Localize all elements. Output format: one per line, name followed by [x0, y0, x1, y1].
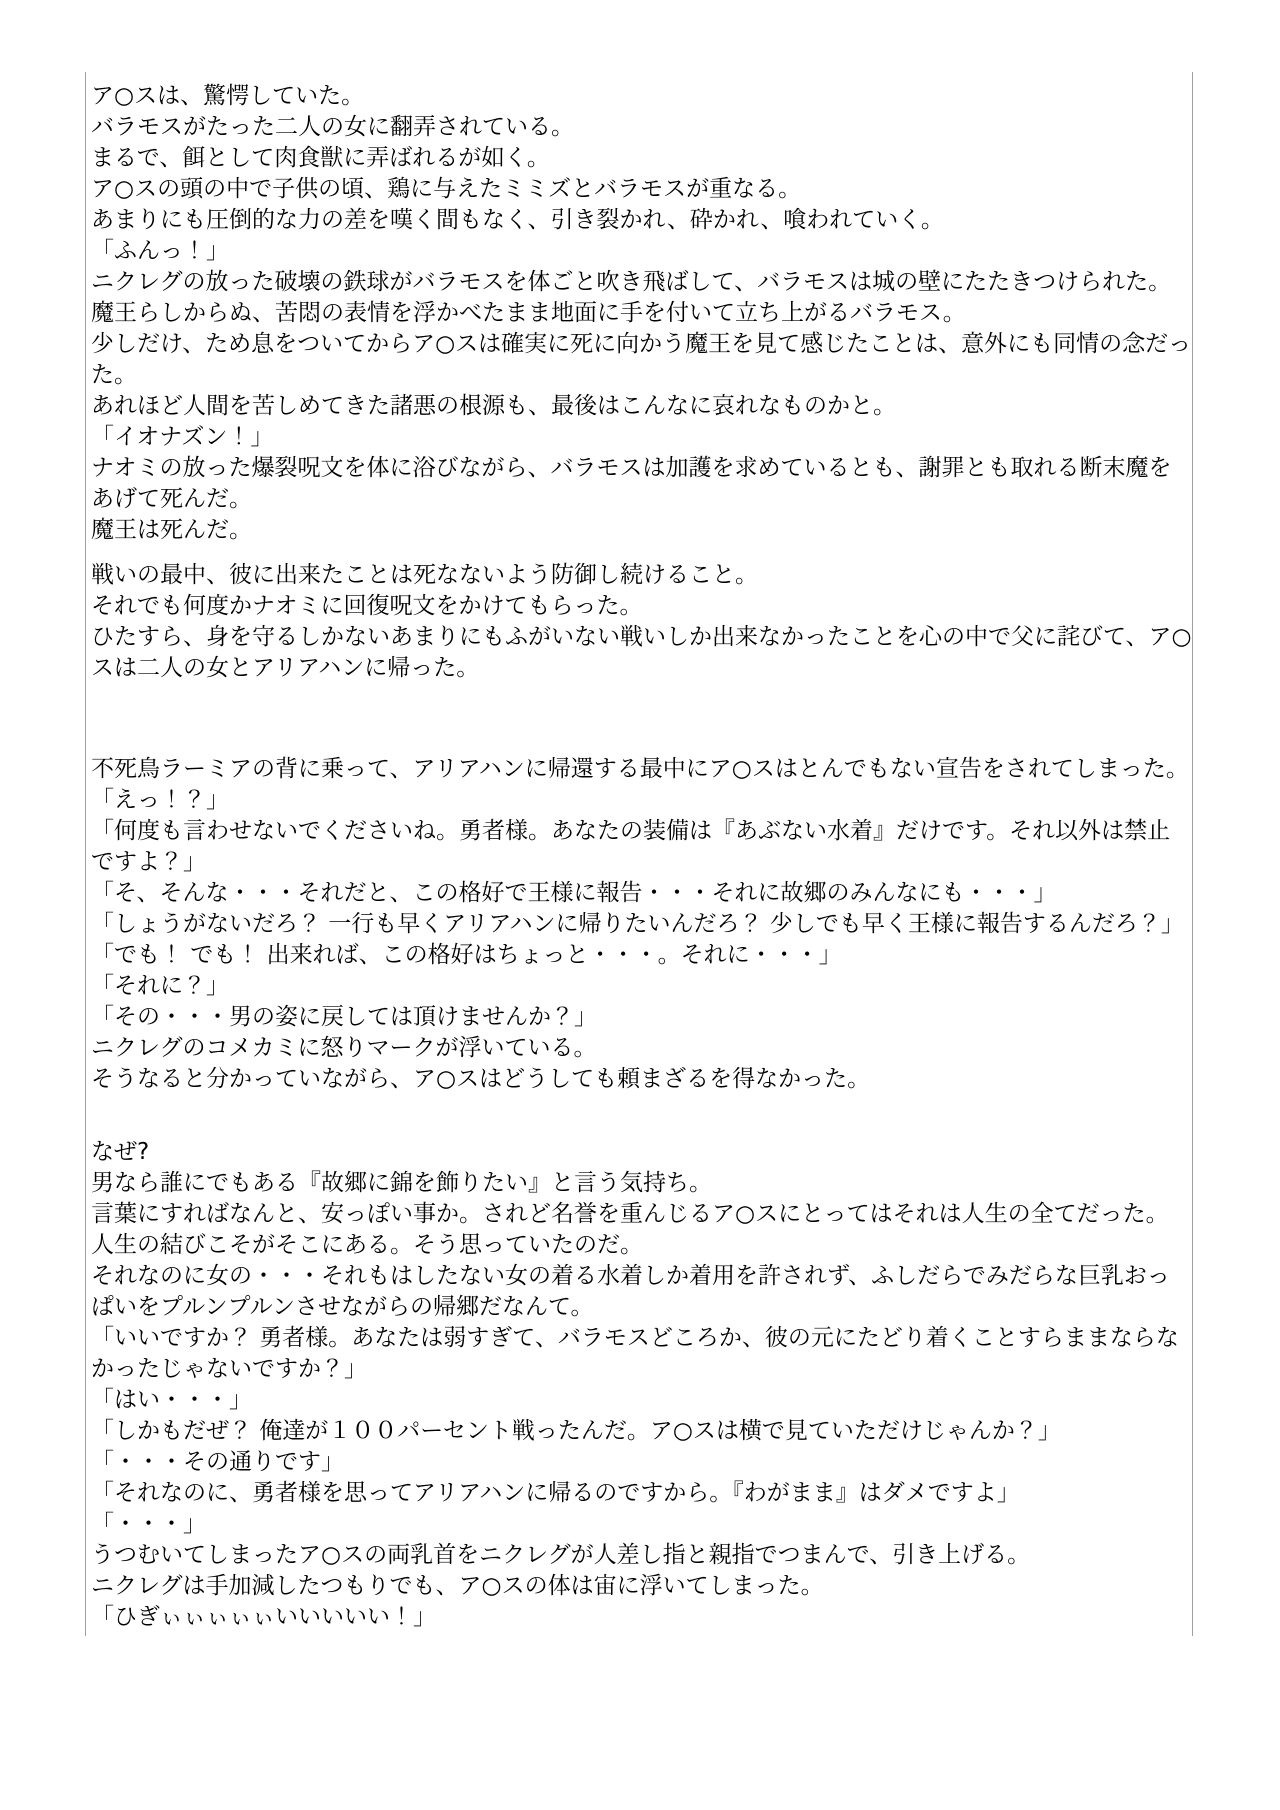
paragraph: 「・・・その通りです」	[91, 1447, 1192, 1478]
paragraph: 不死鳥ラーミアの背に乗って、アリアハンに帰還する最中にア○スはとんでもない宣告を…	[91, 754, 1192, 785]
paragraph: ナオミの放った爆裂呪文を体に浴びながら、バラモスは加護を求めているとも、謝罪とも…	[91, 453, 1192, 515]
paragraph: 「・・・」	[91, 1509, 1192, 1540]
paragraph: 少しだけ、ため息をついてからア○スは確実に死に向かう魔王を見て感じたことは、意外…	[91, 329, 1192, 391]
paragraph: 「その・・・男の姿に戻しては頂けませんか？」	[91, 1002, 1192, 1033]
blank-line	[91, 740, 1192, 754]
paragraph: 言葉にすればなんと、安っぽい事か。されど名誉を重んじるア○スにとってはそれは人生…	[91, 1199, 1192, 1230]
blank-line	[91, 1109, 1192, 1123]
paragraph: ニクレグの放った破壊の鉄球がバラモスを体ごと吹き飛ばして、バラモスは城の壁にたた…	[91, 267, 1192, 298]
paragraph: 「そ、そんな・・・それだと、この格好で王様に報告・・・それに故郷のみんなにも・・…	[91, 878, 1192, 909]
blank-line	[91, 726, 1192, 740]
novel-text-container: ア○スは、驚愕していた。バラモスがたった二人の女に翻弄されている。まるで、餌とし…	[85, 72, 1193, 1636]
blank-line	[91, 546, 1192, 560]
paragraph: 「それなのに、勇者様を思ってアリアハンに帰るのですから。『わがまま』はダメですよ…	[91, 1478, 1192, 1509]
blank-line	[91, 712, 1192, 726]
blank-line	[91, 1123, 1192, 1137]
paragraph: 男なら誰にでもある『故郷に錦を飾りたい』と言う気持ち。	[91, 1168, 1192, 1199]
paragraph: ア○スは、驚愕していた。	[91, 81, 1192, 112]
paragraph: 「しょうがないだろ？ 一行も早くアリアハンに帰りたいんだろ？ 少しでも早く王様に…	[91, 909, 1192, 940]
blank-line	[91, 684, 1192, 698]
paragraph: 「えっ！？」	[91, 785, 1192, 816]
paragraph: それなのに女の・・・それもはしたない女の着る水着しか着用を許されず、ふしだらでみ…	[91, 1261, 1192, 1323]
paragraph: 戦いの最中、彼に出来たことは死なないよう防御し続けること。	[91, 560, 1192, 591]
paragraph: なぜ?	[91, 1137, 1192, 1168]
paragraph: 「何度も言わせないでくださいね。勇者様。あなたの装備は『あぶない水着』だけです。…	[91, 816, 1192, 878]
paragraph: ニクレグのコメカミに怒りマークが浮いている。	[91, 1033, 1192, 1064]
paragraph: 「しかもだぜ？ 俺達が１００パーセント戦ったんだ。ア○スは横で見ていただけじゃん…	[91, 1416, 1192, 1447]
paragraph: 人生の結びこそがそこにある。そう思っていたのだ。	[91, 1230, 1192, 1261]
paragraph: バラモスがたった二人の女に翻弄されている。	[91, 112, 1192, 143]
paragraph: 「でも！ でも！ 出来れば、この格好はちょっと・・・。それに・・・」	[91, 940, 1192, 971]
paragraph: 魔王は死んだ。	[91, 515, 1192, 546]
paragraph: ア○スの頭の中で子供の頃、鶏に与えたミミズとバラモスが重なる。	[91, 174, 1192, 205]
paragraph: あれほど人間を苦しめてきた諸悪の根源も、最後はこんなに哀れなものかと。	[91, 391, 1192, 422]
paragraph: 「それに？」	[91, 971, 1192, 1002]
paragraph: 魔王らしからぬ、苦悶の表情を浮かべたまま地面に手を付いて立ち上がるバラモス。	[91, 298, 1192, 329]
paragraph: ニクレグは手加減したつもりでも、ア○スの体は宙に浮いてしまった。	[91, 1571, 1192, 1602]
paragraph: 「いいですか？ 勇者様。あなたは弱すぎて、バラモスどころか、彼の元にたどり着くこ…	[91, 1323, 1192, 1385]
paragraph: 「はい・・・」	[91, 1385, 1192, 1416]
blank-line	[91, 1095, 1192, 1109]
paragraph: 「イオナズン！」	[91, 422, 1192, 453]
paragraph: ひたすら、身を守るしかないあまりにもふがいない戦いしか出来なかったことを心の中で…	[91, 622, 1192, 684]
paragraph: そうなると分かっていながら、ア○スはどうしても頼まざるを得なかった。	[91, 1064, 1192, 1095]
paragraph: あまりにも圧倒的な力の差を嘆く間もなく、引き裂かれ、砕かれ、喰われていく。	[91, 205, 1192, 236]
page-background: ア○スは、驚愕していた。バラモスがたった二人の女に翻弄されている。まるで、餌とし…	[0, 0, 1280, 1810]
paragraph: まるで、餌として肉食獣に弄ばれるが如く。	[91, 143, 1192, 174]
paragraph: それでも何度かナオミに回復呪文をかけてもらった。	[91, 591, 1192, 622]
blank-line	[91, 698, 1192, 712]
paragraph: うつむいてしまったア○スの両乳首をニクレグが人差し指と親指でつまんで、引き上げる…	[91, 1540, 1192, 1571]
paragraph: 「ふんっ！」	[91, 236, 1192, 267]
paragraph: 「ひぎぃぃぃぃぃいいいいい！」	[91, 1602, 1192, 1633]
